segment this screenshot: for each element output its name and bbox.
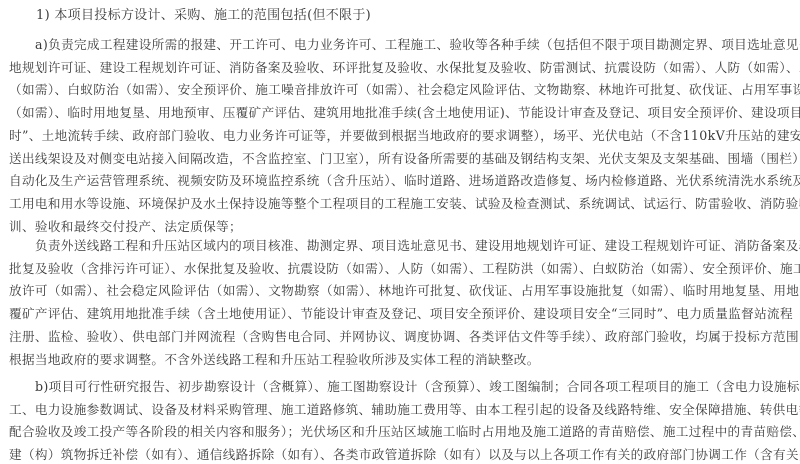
document-page: 1) 本项目投标方设计、采购、施工的范围包括(但不限于) a)负责完成工程建设所…	[0, 0, 800, 464]
paragraph-line: 自动化及生产运营管理系统、视频安防及环境监控系统（含升压站）、临时道路、进场道路…	[9, 170, 793, 193]
paragraph-external-lines: 负责外送线路工程和升压站区域内的项目核准、勘测定界、项目选址意见书、建设用地规划…	[9, 235, 793, 371]
paragraph-line: a)负责完成工程建设所需的报建、开工许可、电力业务许可、工程施工、验收等各种手续…	[9, 34, 793, 57]
paragraph-line: 覆矿产评估、建筑用地批准手续（含土地使用证）、节能设计审查及登记、项目安全预评价…	[9, 303, 793, 326]
paragraph-line: b)项目可行性研究报告、初步勘察设计（含概算）、施工图勘察设计（含预算）、竣工图…	[9, 376, 793, 399]
paragraph-line: 配合验收及竣工投产等各阶段的相关内容和服务）；光伏场区和升压站区域施工临时占用地…	[9, 421, 793, 444]
paragraph-line: 负责外送线路工程和升压站区域内的项目核准、勘测定界、项目选址意见书、建设用地规划…	[9, 235, 793, 258]
section-heading: 1) 本项目投标方设计、采购、施工的范围包括(但不限于)	[36, 6, 371, 26]
paragraph-line: 时”、土地流转手续、政府部门验收、电力业务许可证等，并要做到根据当地政府的要求调…	[9, 125, 793, 148]
paragraph-line: 批复及验收（含排污许可证）、水保批复及验收、抗震设防（如需）、人防（如需）、工程…	[9, 258, 793, 281]
paragraph-b: b)项目可行性研究报告、初步勘察设计（含概算）、施工图勘察设计（含预算）、竣工图…	[9, 376, 793, 464]
paragraph-line: 根据当地政府的要求调整。不含外送线路工程和升压站工程验收所涉及实体工程的消缺整改…	[9, 349, 793, 372]
paragraph-line: 建（构）筑物拆迁补偿（如有）、通信线路拆除（如有）、各类市政管道拆除（如有）以及…	[9, 444, 793, 464]
paragraph-line: 地规划许可证、建设工程规划许可证、消防备案及验收、环评批复及验收、水保批复及验收…	[9, 57, 793, 80]
paragraph-line: 送出线架设及对侧变电站接入间隔改造，不含监控室、门卫室），所有设备所需要的基础及…	[9, 148, 793, 171]
paragraph-a: a)负责完成工程建设所需的报建、开工许可、电力业务许可、工程施工、验收等各种手续…	[9, 34, 793, 238]
paragraph-line: 放许可（如需）、社会稳定风险评估（如需）、文物勘察（如需）、林地许可批复、砍伐证…	[9, 280, 793, 303]
paragraph-line: 注册、监检、验收）、供电部门并网流程（含购售电合同、并网协议、调度协调、各类评估…	[9, 326, 793, 349]
paragraph-line: 工、电力设施参数调试、设备及材料采购管理、施工道路修筑、辅助施工费用等、由本工程…	[9, 399, 793, 422]
paragraph-line: （如需）、白蚁防治（如需）、安全预评价、施工噪音排放许可（如需）、社会稳定风险评…	[9, 79, 793, 102]
paragraph-line: （如需）、临时用地复垦、用地预审、压覆矿产评估、建筑用地批准手续(含土地使用证)…	[9, 102, 793, 125]
paragraph-line: 工用电和用水等设施、环境保护及水土保持设施等整个工程项目的工程施工安装、试验及检…	[9, 193, 793, 216]
